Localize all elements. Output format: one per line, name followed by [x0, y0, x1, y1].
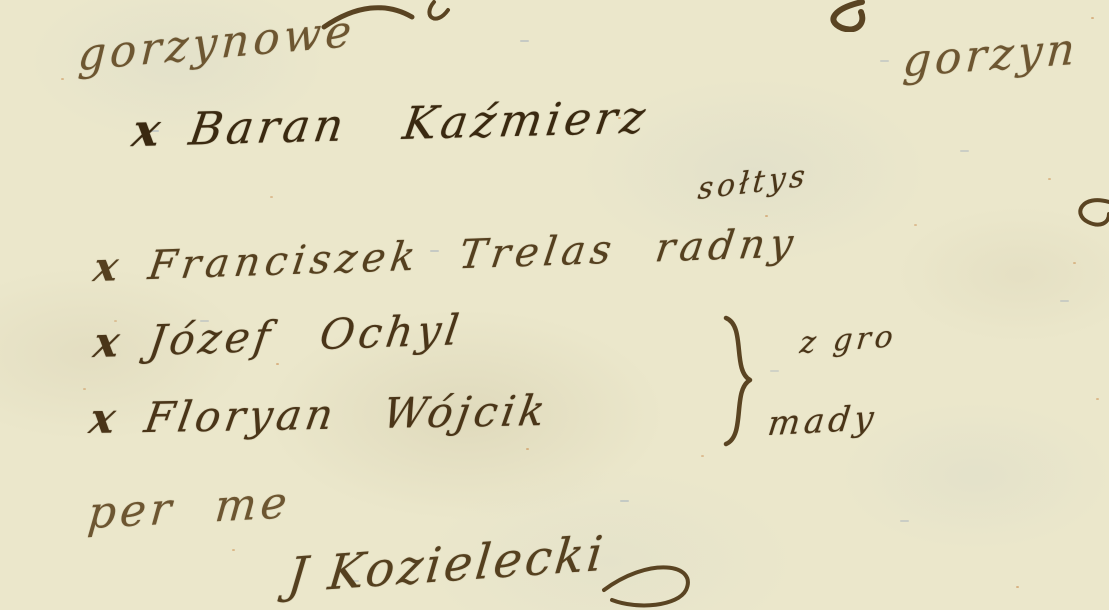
entry-row-baran: xBaran Kaźmierz: [129, 90, 652, 157]
header-word: gorzynowe: [77, 6, 357, 82]
annotation-text: sołtys: [696, 158, 810, 207]
entry-name: Floryan Wójcik: [141, 386, 552, 442]
brace-label-top-text: z gro: [798, 319, 898, 361]
signature-text: J Kozielecki: [285, 526, 608, 605]
manuscript-page: gorzynowe gorzyn xBaran Kaźmierz sołtys …: [0, 0, 1109, 610]
closing-text: per me: [86, 477, 293, 539]
cutoff-ink-stroke-top-right: [806, 0, 876, 32]
entry-name: Baran Kaźmierz: [186, 90, 653, 155]
brace-label-bottom: mady: [766, 398, 880, 444]
signature-cross-mark: x: [129, 103, 168, 157]
entry-name: Józef Ochyl: [146, 305, 466, 365]
grouping-brace: [722, 314, 756, 448]
signature-flourish: [598, 552, 718, 610]
signature-cross-mark: x: [86, 393, 123, 443]
cutoff-ink-stroke-right-edge: [1070, 192, 1109, 244]
entry-annotation-soltys: sołtys: [696, 158, 810, 207]
scribe-signature: J Kozielecki: [285, 526, 608, 605]
entry-annotation-radny: radny: [652, 220, 800, 271]
brace-label-bottom-text: mady: [766, 398, 880, 444]
closing-formula: per me: [86, 477, 293, 539]
paper-fiber-texture: [520, 40, 529, 42]
signature-cross-mark: x: [91, 317, 127, 367]
brace-label-top: z gro: [798, 319, 898, 361]
header-word-right-partial: gorzyn: [901, 24, 1080, 88]
header-word-right-text: gorzyn: [901, 24, 1080, 88]
signature-cross-mark: x: [91, 243, 126, 291]
header-word-text: gorzynowe: [77, 6, 357, 82]
entry-name: Franciszek Trelas: [146, 227, 620, 290]
entry-row-floryan: xFloryan Wójcik: [86, 386, 552, 443]
entry-row-jozef: xJózef Ochyl: [91, 305, 466, 367]
entry-row-franciszek: xFranciszek Trelas radny: [91, 219, 801, 291]
